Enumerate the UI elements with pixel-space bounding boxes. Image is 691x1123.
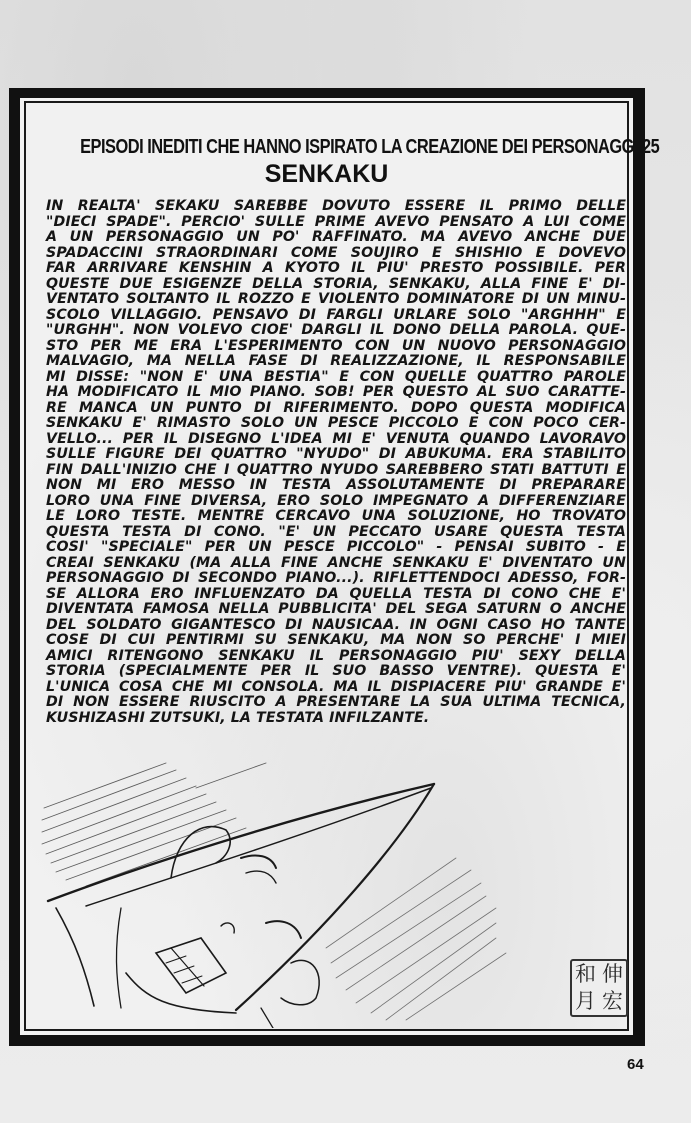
page-number: 64 <box>627 1056 644 1073</box>
header: EPISODI INEDITI CHE HANNO ISPIRATO LA CR… <box>26 136 627 189</box>
text-line: SENKAKU E' RIMASTO SOLO UN PESCE PICCOLO… <box>46 416 626 432</box>
text-line: "URGHH". NON VOLEVO CIOE' DARGLI IL DONO… <box>46 323 626 339</box>
text-line: VENTATO SOLTANTO IL ROZZO E VIOLENTO DOM… <box>46 292 626 308</box>
text-line: COSE DI CUI PENTIRMI SU SENKAKU, MA NON … <box>46 633 626 649</box>
text-line: KUSHIZASHI ZUTSUKI, LA TESTATA INFILZANT… <box>46 711 626 727</box>
text-line: LORO UNA FINE DIVERSA, ERO SOLO IMPEGNAT… <box>46 494 626 510</box>
text-line: MALVAGIO, MA NELLA FASE DI REALIZZAZIONE… <box>46 354 626 370</box>
body-text: IN REALTA' SEKAKU SAREBBE DOVUTO ESSERE … <box>46 199 626 726</box>
text-line: RE MANCA UN PUNTO DI RIFERIMENTO. DOPO Q… <box>46 401 626 417</box>
text-line: DI NON ESSERE RIUSCITO A PRESENTARE LA S… <box>46 695 626 711</box>
text-line: QUESTE DUE ESIGENZE DELLA STORIA, SENKAK… <box>46 277 626 293</box>
text-line: "DIECI SPADE". PERCIO' SULLE PRIME AVEVO… <box>46 215 626 231</box>
character-name: SENKAKU <box>26 160 627 189</box>
text-line: DIVENTATA FAMOSA NELLA PUBBLICITA' DEL S… <box>46 602 626 618</box>
text-line: SULLE FIGURE DEI QUATTRO "NYUDO" DI ABUK… <box>46 447 626 463</box>
text-line: MI DISSE: "NON E' UNA BESTIA" E CON QUEL… <box>46 370 626 386</box>
senkaku-sketch-illustration <box>26 758 634 1028</box>
text-line: SCOLO VILLAGGIO. PENSAVO DI FARGLI URLAR… <box>46 308 626 324</box>
text-line: CREAI SENKAKU (MA ALLA FINE ANCHE SENKAK… <box>46 556 626 572</box>
text-line: FAR ARRIVARE KENSHIN A KYOTO IL PIU' PRE… <box>46 261 626 277</box>
text-line: A UN PERSONAGGIO UN PO' RAFFINATO. MA AV… <box>46 230 626 246</box>
text-line: IN REALTA' SEKAKU SAREBBE DOVUTO ESSERE … <box>46 199 626 215</box>
text-line: HA MODIFICATO IL MIO PIANO. SOB! PER QUE… <box>46 385 626 401</box>
text-line: STORIA (SPECIALMENTE PER IL SUO BASSO VE… <box>46 664 626 680</box>
text-line: QUESTA TESTA DI CONO. "E' UN PECCATO USA… <box>46 525 626 541</box>
text-line: SE ALLORA ERO INFLUENZATO DA QUELLA TEST… <box>46 587 626 603</box>
signature-stamp: 和 伸 月 宏 <box>570 959 628 1017</box>
text-line: COSI' "SPECIALE" PER UN PESCE PICCOLO" -… <box>46 540 626 556</box>
text-line: DEL SOLDATO GIGANTESCO DI NAUSICAA. IN O… <box>46 618 626 634</box>
text-line: PERSONAGGIO DI SECONDO PIANO...). RIFLET… <box>46 571 626 587</box>
stamp-glyph: 月 <box>572 988 599 1015</box>
text-line: VELLO... PER IL DISEGNO L'IDEA MI E' VEN… <box>46 432 626 448</box>
text-line: AMICI RITENGONO SENKAKU IL PERSONAGGIO P… <box>46 649 626 665</box>
text-line: STO PER ME ERA L'ESPERIMENTO CON UN NUOV… <box>46 339 626 355</box>
page-frame: EPISODI INEDITI CHE HANNO ISPIRATO LA CR… <box>9 88 645 1046</box>
series-title: EPISODI INEDITI CHE HANNO ISPIRATO LA CR… <box>80 136 573 159</box>
text-line: L'UNICA COSA CHE MI CONSOLA. MA IL DISPI… <box>46 680 626 696</box>
text-line: SPADACCINI STRAORDINARI COME SOUJIRO E S… <box>46 246 626 262</box>
stamp-glyph: 和 <box>572 961 599 988</box>
stamp-glyph: 伸 <box>599 961 626 988</box>
text-line: LE LORO TESTE. MENTRE CERCAVO UNA SOLUZI… <box>46 509 626 525</box>
text-line: NON MI ERO MESSO IN TESTA ASSOLUTAMENTE … <box>46 478 626 494</box>
content-panel: EPISODI INEDITI CHE HANNO ISPIRATO LA CR… <box>24 101 629 1031</box>
stamp-glyph: 宏 <box>599 988 626 1015</box>
text-line: FIN DALL'INIZIO CHE I QUATTRO NYUDO SARE… <box>46 463 626 479</box>
